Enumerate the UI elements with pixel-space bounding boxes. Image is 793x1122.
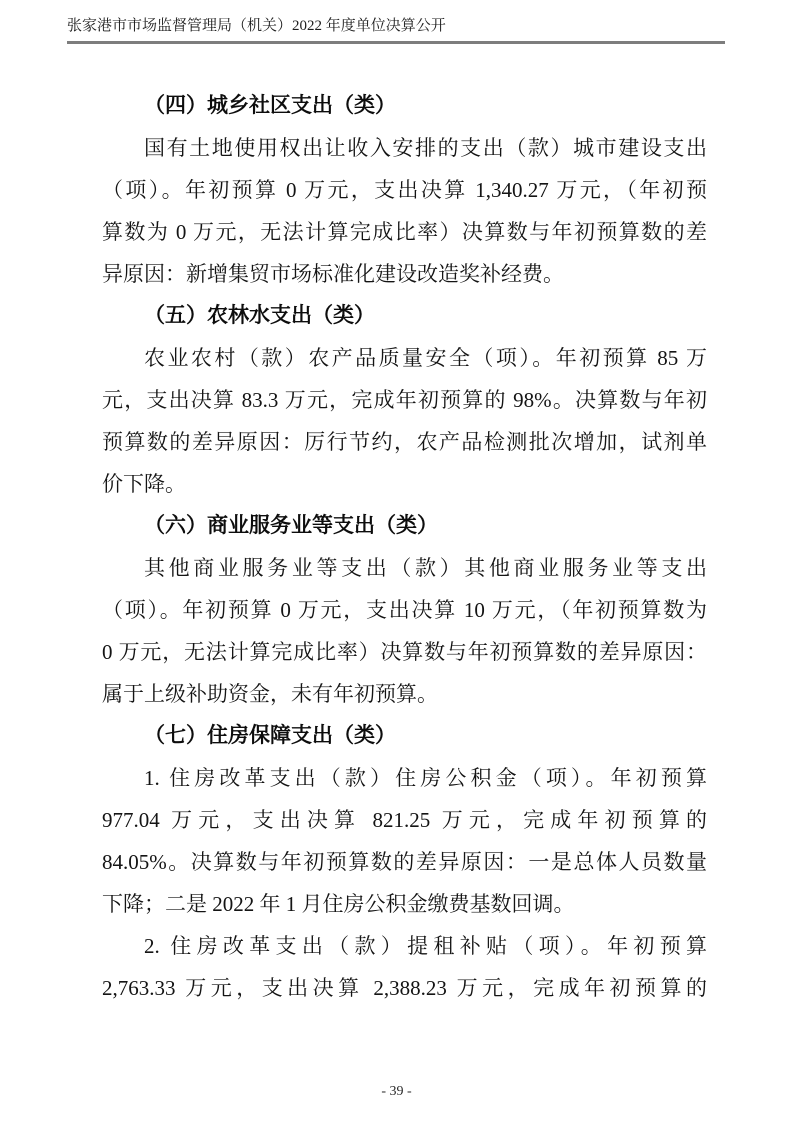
text-line: 异原因：新增集贸市场标准化建设改造奖补经费。 [102,253,707,295]
running-header: 张家港市市场监督管理局（机关）2022 年度单位决算公开 [67,16,725,44]
text-line: 0 万元，无法计算完成比率）决算数与年初预算数的差异原因： [102,631,707,673]
text-line: 977.04 万元，支出决算 821.25 万元，完成年初预算的 [102,799,707,841]
text-line: 属于上级补助资金，未有年初预算。 [102,673,707,715]
text-line: 2. 住房改革支出（款）提租补贴（项）。年初预算 [102,925,707,967]
section-heading: （四）城乡社区支出（类） [102,85,707,127]
text-line: 2,763.33 万元，支出决算 2,388.23 万元，完成年初预算的 [102,967,707,1009]
section-heading: （七）住房保障支出（类） [102,715,707,757]
text-line: 农业农村（款）农产品质量安全（项）。年初预算 85 万 [102,337,707,379]
section-heading: （五）农林水支出（类） [102,295,707,337]
text-line: 价下降。 [102,463,707,505]
text-line: 国有土地使用权出让收入安排的支出（款）城市建设支出 [102,127,707,169]
text-line: （项）。年初预算 0 万元，支出决算 1,340.27 万元，（年初预 [102,169,707,211]
text-line: （项）。年初预算 0 万元，支出决算 10 万元，（年初预算数为 [102,589,707,631]
page-footer: - 39 - [0,1082,793,1102]
text-line: 84.05%。决算数与年初预算数的差异原因：一是总体人员数量 [102,841,707,883]
page-number: - 39 - [381,1084,411,1099]
text-line: 算数为 0 万元，无法计算完成比率）决算数与年初预算数的差 [102,211,707,253]
text-line: 其他商业服务业等支出（款）其他商业服务业等支出 [102,547,707,589]
text-line: 元，支出决算 83.3 万元，完成年初预算的 98%。决算数与年初 [102,379,707,421]
section-heading: （六）商业服务业等支出（类） [102,505,707,547]
document-body: （四）城乡社区支出（类） 国有土地使用权出让收入安排的支出（款）城市建设支出 （… [102,85,707,1009]
text-line: 下降；二是 2022 年 1 月住房公积金缴费基数回调。 [102,883,707,925]
text-line: 1. 住房改革支出（款）住房公积金（项）。年初预算 [102,757,707,799]
document-title: 张家港市市场监督管理局（机关）2022 年度单位决算公开 [67,18,446,34]
document-page: 张家港市市场监督管理局（机关）2022 年度单位决算公开 （四）城乡社区支出（类… [0,0,793,1122]
text-line: 预算数的差异原因：厉行节约，农产品检测批次增加，试剂单 [102,421,707,463]
